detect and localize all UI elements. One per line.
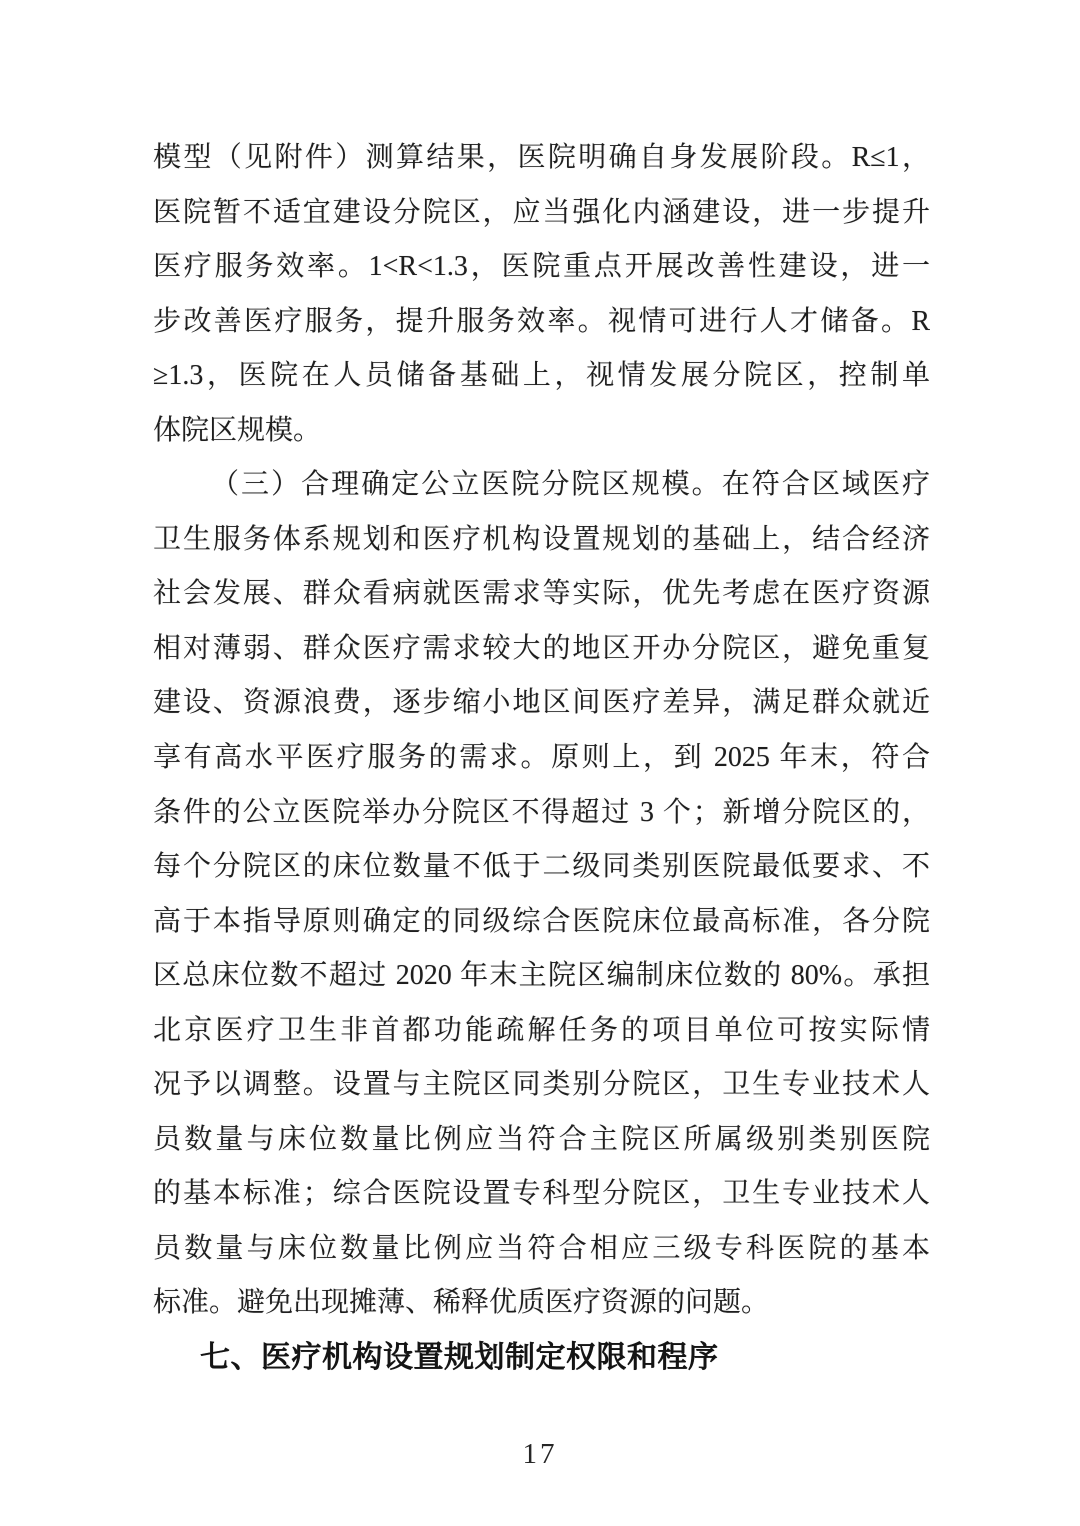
text-line: 标准。避免出现摊薄、稀释优质医疗资源的问题。	[153, 1276, 930, 1331]
text-line: 北京医疗卫生非首都功能疏解任务的项目单位可按实际情	[153, 1004, 930, 1059]
text-line: 的基本标准；综合医院设置专科型分院区，卫生专业技术人	[153, 1167, 930, 1222]
text-line: 医疗服务效率。1<R<1.3，医院重点开展改善性建设，进一	[153, 240, 930, 295]
text-line: 相对薄弱、群众医疗需求较大的地区开办分院区，避免重复	[153, 622, 930, 677]
text-line: 条件的公立医院举办分院区不得超过 3 个；新增分院区的，	[153, 786, 930, 841]
text-line: 医院暂不适宜建设分院区，应当强化内涵建设，进一步提升	[153, 186, 930, 241]
text-line: 员数量与床位数量比例应当符合主院区所属级别类别医院	[153, 1113, 930, 1168]
section-heading: 七、医疗机构设置规划制定权限和程序	[153, 1331, 930, 1386]
text-line: 况予以调整。设置与主院区同类别分院区，卫生专业技术人	[153, 1058, 930, 1113]
text-line: 区总床位数不超过 2020 年末主院区编制床位数的 80%。承担	[153, 949, 930, 1004]
document-body: 模型（见附件）测算结果，医院明确自身发展阶段。R≤1， 医院暂不适宜建设分院区，…	[153, 131, 930, 1386]
text-line: 每个分院区的床位数量不低于二级同类别医院最低要求、不	[153, 840, 930, 895]
text-line: 建设、资源浪费，逐步缩小地区间医疗差异，满足群众就近	[153, 676, 930, 731]
text-line: 享有高水平医疗服务的需求。原则上，到 2025 年末，符合	[153, 731, 930, 786]
text-line: 员数量与床位数量比例应当符合相应三级专科医院的基本	[153, 1222, 930, 1277]
text-line: 体院区规模。	[153, 404, 930, 459]
text-line: 社会发展、群众看病就医需求等实际，优先考虑在医疗资源	[153, 567, 930, 622]
text-line: 步改善医疗服务，提升服务效率。视情可进行人才储备。R	[153, 295, 930, 350]
text-line: （三）合理确定公立医院分院区规模。在符合区域医疗	[153, 458, 930, 513]
text-line: 卫生服务体系规划和医疗机构设置规划的基础上，结合经济	[153, 513, 930, 568]
text-line: 模型（见附件）测算结果，医院明确自身发展阶段。R≤1，	[153, 131, 930, 186]
text-line: ≥1.3，医院在人员储备基础上，视情发展分院区，控制单	[153, 349, 930, 404]
document-page: 模型（见附件）测算结果，医院明确自身发展阶段。R≤1， 医院暂不适宜建设分院区，…	[0, 0, 1080, 1526]
page-number: 17	[0, 1438, 1080, 1471]
text-line: 高于本指导原则确定的同级综合医院床位最高标准，各分院	[153, 895, 930, 950]
